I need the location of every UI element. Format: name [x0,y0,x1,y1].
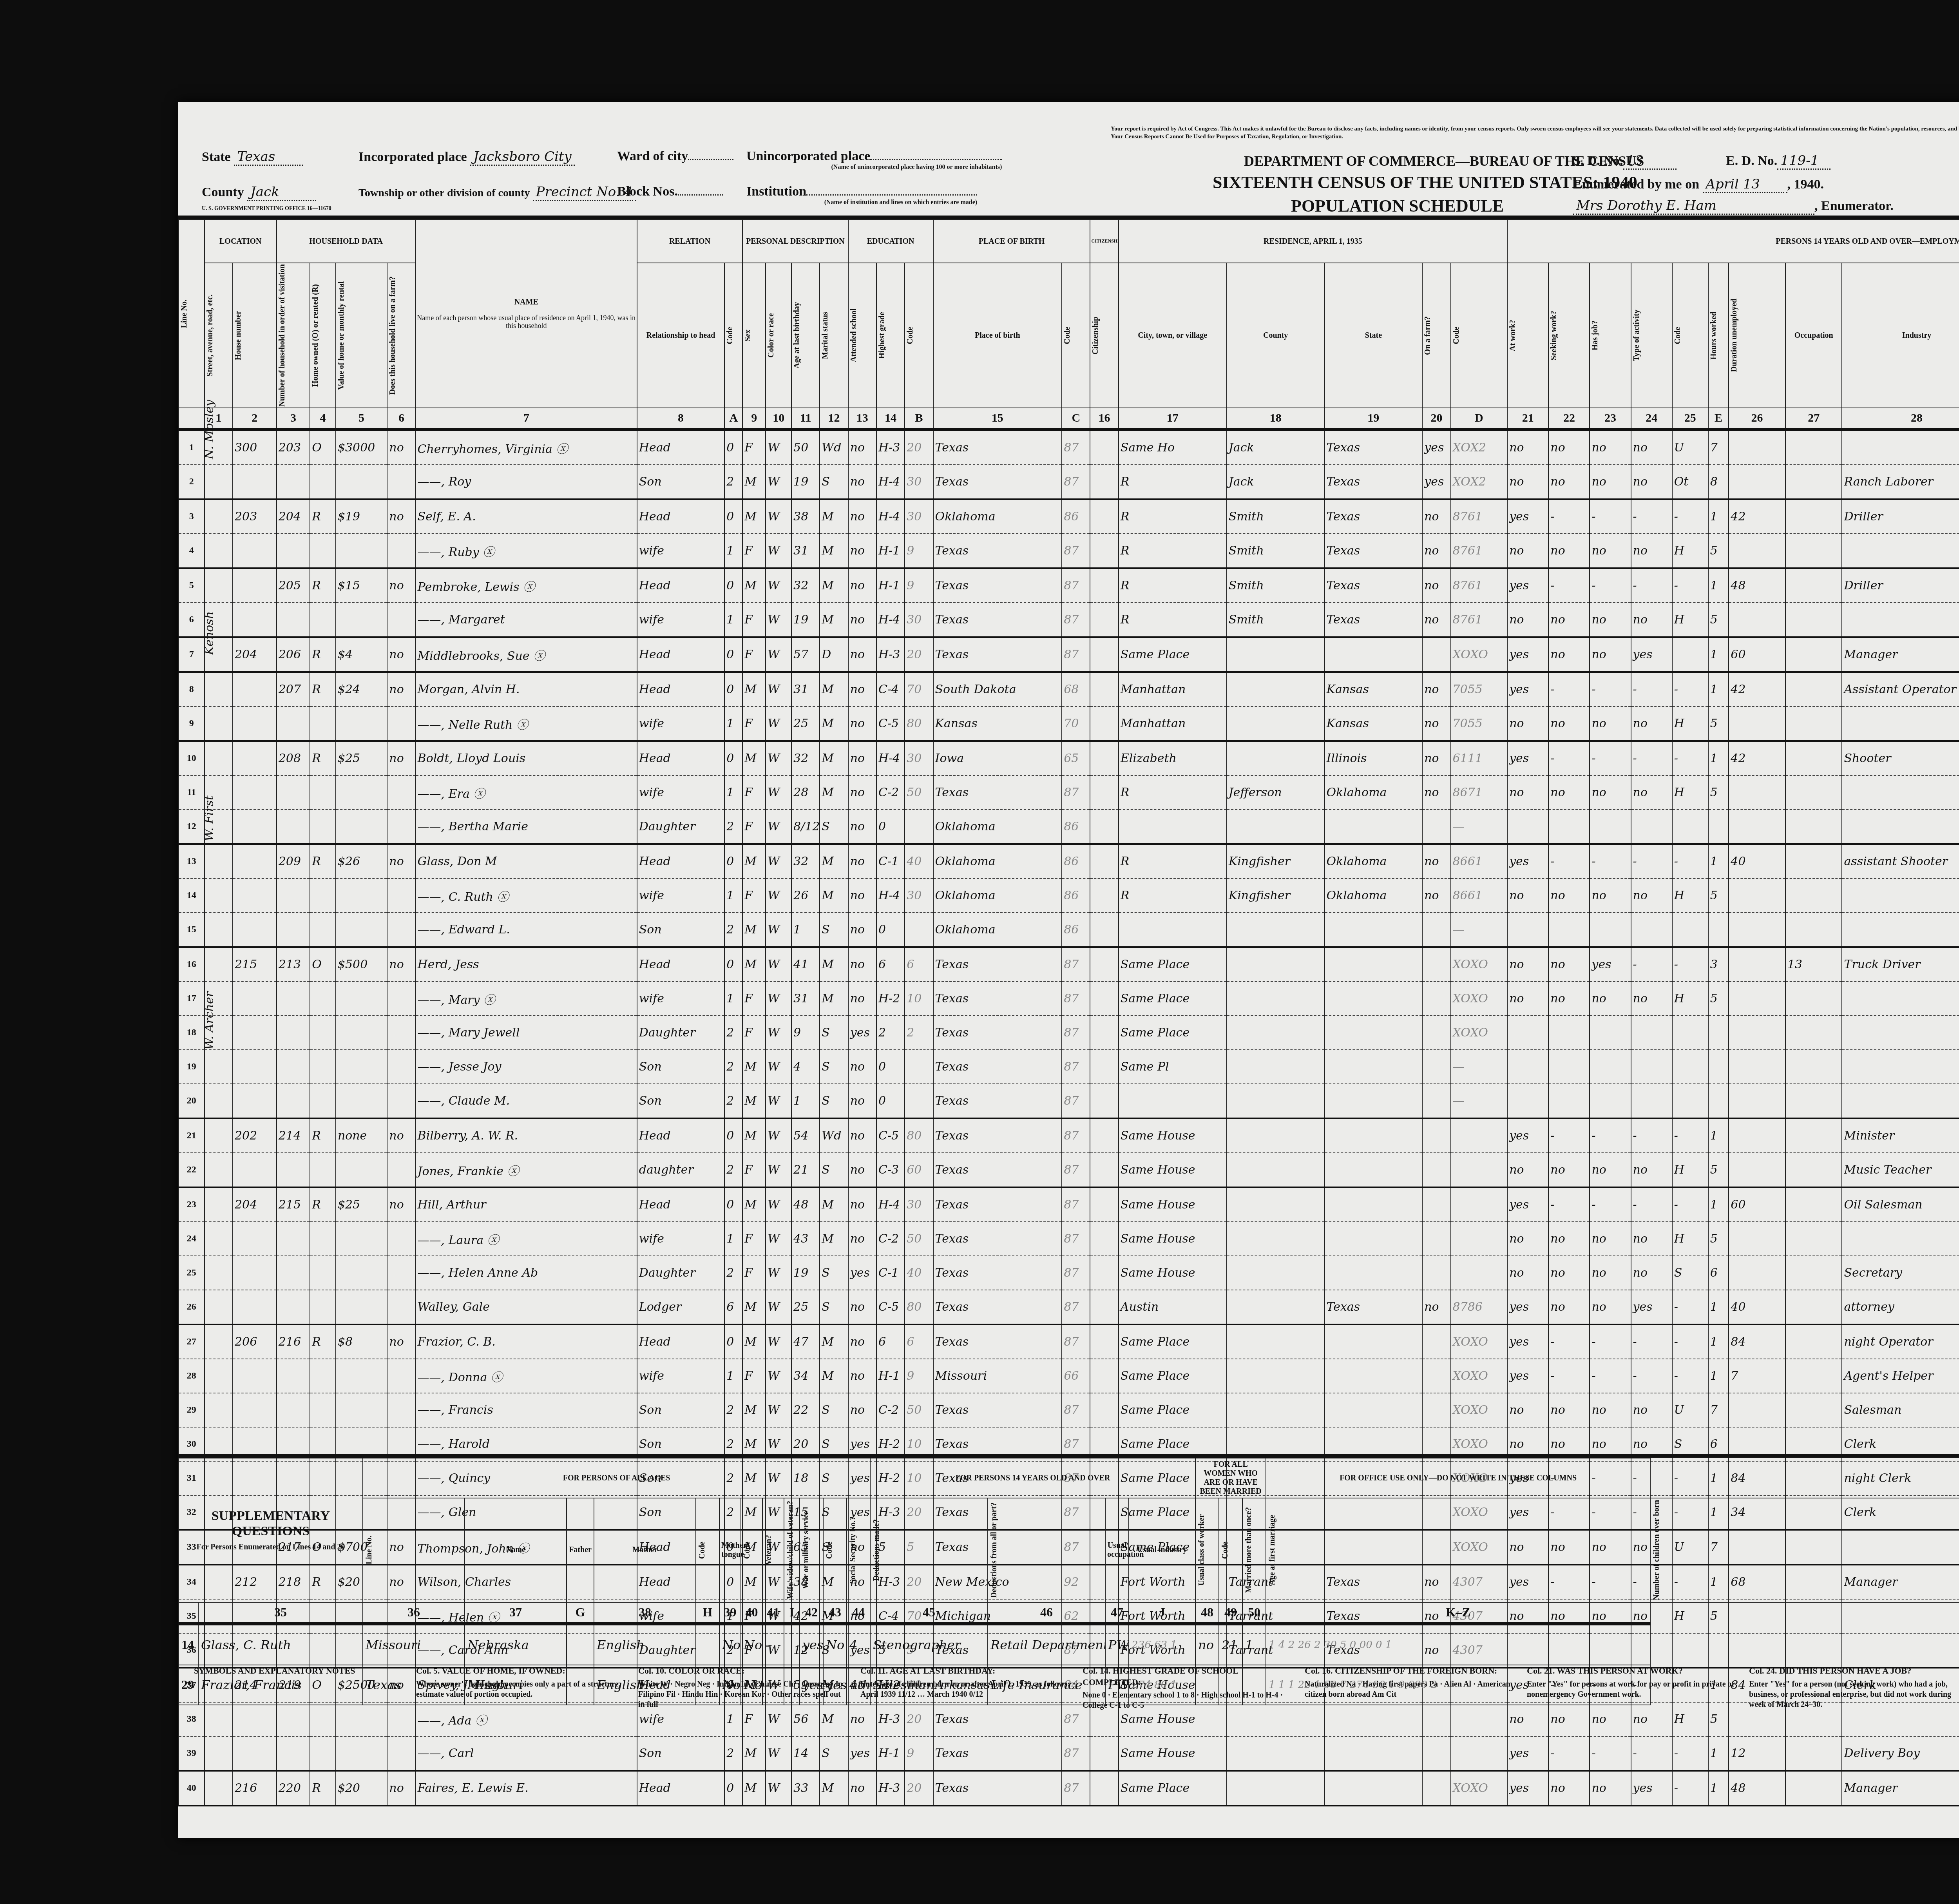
cell-res-state: Texas [1325,568,1423,603]
cell-age: 48 [791,1187,820,1222]
cell-sch: no [848,1359,876,1393]
cell-code-a: 0 [724,637,742,672]
cell-act: H [1672,775,1708,810]
cell-occ: night Operator [1842,1324,1959,1359]
cell-house [233,982,277,1016]
cell-house [233,465,277,499]
cell-house: 204 [233,637,277,672]
cell-code-d: XOXO [1451,982,1508,1016]
cell-hh [277,1290,310,1324]
cell-code-b: 9 [905,568,933,603]
cell-line: 25 [179,1256,205,1290]
cell-mar: M [820,672,848,707]
note-title: Col. 16. CITIZENSHIP OF THE FOREIGN BORN… [1305,1665,1515,1677]
cell-hh [277,707,310,741]
cell-own [310,534,336,568]
cell-res-farm: yes [1422,465,1450,499]
cell-work: no [1507,707,1548,741]
cell-age: 41 [791,947,820,982]
cell-res-county: Jefferson [1227,775,1325,810]
sd-label: S. D. No. [1573,154,1623,168]
cell-rel: Head [637,672,724,707]
cell-occ: assistant Shooter [1842,844,1959,879]
unincorporated-value [870,159,1002,160]
cell-seek: - [1548,1359,1590,1393]
cell-line: 15 [179,913,205,947]
cell-street [205,1359,233,1393]
cell-hours [1729,775,1785,810]
cell-res-farm [1422,1359,1450,1393]
cell-code-c: 87 [1062,534,1090,568]
cell-farm: no [387,499,415,534]
cell-occ: Shooter [1842,741,1959,775]
col-header-label: Seeking work? [1550,311,1558,360]
cell-code-d: XOXO [1451,1393,1508,1427]
cell-hours: 40 [1729,1290,1785,1324]
table-row: 13209R$26noGlass, Don MHead0MW32MnoC-140… [179,844,1959,879]
cell-street [205,499,233,534]
supp-column-number: 43 [823,1602,847,1624]
cell-name: ——, Mary ⓧ [416,982,637,1016]
cell-name: ——, Jesse Joy [416,1050,637,1084]
cell-pub [1590,1016,1631,1050]
cell-unemp [1785,1118,1842,1153]
cell-house: 204 [233,1187,277,1222]
cell-hh: 208 [277,741,310,775]
table-row: 16215213O$500noHerd, JessHead0MW41Mno66T… [179,947,1959,982]
cell-unemp [1785,913,1842,947]
cell-race: W [766,982,791,1016]
cell-street [205,1050,233,1084]
cell-pub: no [1590,429,1631,465]
cell-grade: H-4 [876,499,905,534]
col-header-label: Number of household in order of visitati… [278,264,286,407]
cell-hh: 204 [277,499,310,534]
cell-res-county [1227,707,1325,741]
cell-act: - [1672,1187,1708,1222]
cell-age: 4 [791,1050,820,1084]
cell-mar: M [820,1359,848,1393]
col-header-label: State [1326,331,1421,340]
cell-value: $25 [336,741,387,775]
cell-sex: M [742,947,766,982]
cell-code-c: 87 [1062,1084,1090,1118]
column-number: 25 [1672,408,1708,429]
cell-grade: C-4 [876,672,905,707]
cell-act: - [1672,844,1708,879]
cell-sex: M [742,568,766,603]
cell-code-a: 0 [724,1118,742,1153]
cell-pub: no [1590,637,1631,672]
cell-value: $25 [336,1187,387,1222]
cell-code-c: 87 [1062,1324,1090,1359]
cell-seek: - [1548,1187,1590,1222]
cell-cit [1090,534,1118,568]
cell-sex: F [742,1222,766,1256]
cell-seek: no [1548,982,1590,1016]
cell-rel: wife [637,1222,724,1256]
cell-birth: Texas [933,1050,1062,1084]
cell-rel: wife [637,534,724,568]
col-header: Code [1451,263,1508,408]
cell-name: ——, Era ⓧ [416,775,637,810]
col-header: At work? [1507,263,1548,408]
cell-race: W [766,947,791,982]
cell-rel: Head [637,499,724,534]
column-number: B [905,408,933,429]
cell-farm: no [387,741,415,775]
supp-col-header: Usual class of worker [1195,1498,1219,1602]
cell-hours: 40 [1729,844,1785,879]
cell-res-farm [1422,1256,1450,1290]
cell-grade: 2 [876,1016,905,1050]
cell-sch: no [848,913,876,947]
column-number: 17 [1119,408,1227,429]
cell-res-city [1119,810,1227,844]
column-number: 2 [233,408,277,429]
cell-birth: Texas [933,1016,1062,1050]
cell-hours [1729,982,1785,1016]
cell-name: Cherryhomes, Virginia ⓧ [416,429,637,465]
cell-seek: no [1548,534,1590,568]
cell-sch: no [848,982,876,1016]
cell-code-d: XOX2 [1451,429,1508,465]
cell-sex: F [742,982,766,1016]
cell-code-b: 10 [905,982,933,1016]
cell-res-county [1227,913,1325,947]
supp-col-header: Wife/widow/child of veteran? [784,1498,800,1602]
cell-own [310,810,336,844]
column-number: D [1451,408,1508,429]
cell-line: 7 [179,637,205,672]
supp-cell-cls: PW [1105,1624,1129,1665]
cell-farm: no [387,1187,415,1222]
cell-work: no [1507,465,1548,499]
cell-code-b: 80 [905,1290,933,1324]
cell-mar: D [820,637,848,672]
block-value [678,194,723,196]
cell-name: Morgan, Alvin H. [416,672,637,707]
supp-cell-war: - [762,1624,784,1665]
cell-code-e: 5 [1708,1153,1729,1187]
cell-rel: wife [637,707,724,741]
cell-value: $26 [336,844,387,879]
cell-job: - [1631,947,1672,982]
supp-col-header: Deductions from all or part? [988,1498,1105,1602]
cell-cit [1090,1016,1118,1050]
cell-mar: M [820,741,848,775]
note-block: Col. 11. AGE AT LAST BIRTHDAY:Enter age … [860,1665,1071,1822]
cell-age: 25 [791,707,820,741]
cell-occ: attorney [1842,1290,1959,1324]
enumerator-name: Mrs Dorothy E. Ham [1573,198,1814,215]
cell-sch: yes [848,1256,876,1290]
cell-code-b: 30 [905,741,933,775]
cell-code-a: 1 [724,1222,742,1256]
cell-job: yes [1631,1290,1672,1324]
cell-code-c: 87 [1062,982,1090,1016]
cell-unemp [1785,465,1842,499]
cell-work: yes [1507,568,1548,603]
cell-res-farm [1422,637,1450,672]
cell-own [310,465,336,499]
cell-rel: Head [637,637,724,672]
cell-grade: C-5 [876,1290,905,1324]
cell-sch: no [848,947,876,982]
cell-birth: Kansas [933,707,1062,741]
cell-work: yes [1507,1359,1548,1393]
column-number: 14 [876,408,905,429]
cell-line: 6 [179,603,205,637]
supp-column-number: 48 [1195,1602,1219,1624]
column-number: 15 [933,408,1062,429]
cell-res-county [1227,1153,1325,1187]
cell-job [1631,1084,1672,1118]
cell-cit [1090,1153,1118,1187]
supp-group-women: FOR ALL WOMEN WHO ARE OR HAVE BEEN MARRI… [1195,1458,1266,1498]
cell-house: 300 [233,429,277,465]
cell-sex: F [742,775,766,810]
incorporated-value: Jacksboro City [470,149,575,166]
cell-code-a: 0 [724,568,742,603]
table-row: 4——, Ruby ⓧwife1FW31MnoH-19Texas87RSmith… [179,534,1959,568]
cell-code-e: 3 [1708,947,1729,982]
unincorporated-note: (Name of unincorporated place having 100… [746,164,1002,171]
cell-birth: Oklahoma [933,913,1062,947]
cell-own [310,1084,336,1118]
cell-sch: no [848,741,876,775]
cell-grade: 0 [876,913,905,947]
cell-job: - [1631,1118,1672,1153]
cell-farm [387,534,415,568]
cell-name: Hill, Arthur [416,1187,637,1222]
cell-code-b: 30 [905,879,933,913]
cell-value: $3000 [336,429,387,465]
cell-code-d: 7055 [1451,707,1508,741]
sd-value: 13 [1623,153,1677,170]
cell-act: H [1672,603,1708,637]
cell-unemp [1785,672,1842,707]
cell-code-b: 20 [905,637,933,672]
cell-res-city: Same Place [1119,982,1227,1016]
cell-unemp [1785,1084,1842,1118]
col-line-no: Line No. [179,220,205,408]
cell-hours [1729,810,1785,844]
table-row: 11——, Era ⓧwife1FW28MnoC-250Texas87RJeff… [179,775,1959,810]
table-row: 29——, FrancisSon2MW22SnoC-250Texas87Same… [179,1393,1959,1427]
supp-header-label: Deductions made? [872,1519,881,1581]
col-header-label: Duration unemployed [1730,299,1738,372]
cell-age: 43 [791,1222,820,1256]
cell-unemp [1785,982,1842,1016]
cell-sex: M [742,1393,766,1427]
note-title: Col. 24. DID THIS PERSON HAVE A JOB? [1749,1665,1959,1677]
table-row: 14——, C. Ruth ⓧwife1FW26MnoH-430Oklahoma… [179,879,1959,913]
cell-line: 22 [179,1153,205,1187]
col-header: Has job? [1590,263,1631,408]
cell-unemp [1785,1153,1842,1187]
cell-job: - [1631,499,1672,534]
cell-sch: no [848,775,876,810]
cell-sex: F [742,1153,766,1187]
cell-birth: Oklahoma [933,844,1062,879]
cell-sex: F [742,707,766,741]
cell-line: 24 [179,1222,205,1256]
cell-act: Ot [1672,465,1708,499]
cell-value: $19 [336,499,387,534]
cell-sex: M [742,1187,766,1222]
cell-code-c: 87 [1062,568,1090,603]
cell-res-farm: no [1422,844,1450,879]
cell-name: ——, Laura ⓧ [416,1222,637,1256]
column-number: C [1062,408,1090,429]
col-header: Number of household in order of visitati… [277,263,310,408]
cell-age: 57 [791,637,820,672]
cell-res-city: Same Place [1119,637,1227,672]
cell-code-c: 87 [1062,429,1090,465]
cell-own [310,913,336,947]
cell-race: W [766,499,791,534]
cell-hours [1729,1118,1785,1153]
supp-header-label: Mother tongue [721,1541,739,1559]
cell-race: W [766,775,791,810]
cell-unemp [1785,775,1842,810]
cell-mar: M [820,947,848,982]
supp-col-header: Line No. [363,1498,465,1602]
supp-header-label: Code [698,1542,707,1559]
table-row: 2——, RoySon2MW19SnoH-430Texas87RJackTexa… [179,465,1959,499]
cell-hours [1729,913,1785,947]
cell-age: 19 [791,603,820,637]
supp-cell-office: 1 4 2 26 2 30 5 0 00 0 1 [1266,1624,1650,1665]
cell-job: - [1631,568,1672,603]
cell-work: no [1507,947,1548,982]
cell-cit [1090,1050,1118,1084]
cell-unemp [1785,844,1842,879]
supp-col-header: Code [823,1498,847,1602]
cell-seek: - [1548,1118,1590,1153]
cell-hours [1729,1084,1785,1118]
supp-col-header: Code [1219,1498,1242,1602]
cell-sch: no [848,1153,876,1187]
cell-age: 1 [791,1084,820,1118]
cell-code-e: 7 [1708,1393,1729,1427]
cell-code-d [1451,1153,1508,1187]
cell-race: W [766,568,791,603]
cell-own: R [310,499,336,534]
cell-res-city: R [1119,465,1227,499]
cell-house [233,568,277,603]
cell-cit [1090,982,1118,1016]
cell-farm: no [387,672,415,707]
cell-code-c: 87 [1062,1118,1090,1153]
cell-sex: M [742,741,766,775]
cell-act [1672,810,1708,844]
col-header: Age at last birthday [791,263,820,408]
cell-own [310,1256,336,1290]
cell-job: - [1631,1187,1672,1222]
cell-res-farm [1422,1016,1450,1050]
cell-own: R [310,637,336,672]
cell-name: ——, C. Ruth ⓧ [416,879,637,913]
cell-age: 32 [791,844,820,879]
cell-occ: Agent's Helper [1842,1359,1959,1393]
column-number: 10 [766,408,791,429]
cell-res-county: Kingfisher [1227,844,1325,879]
cell-sex: M [742,1290,766,1324]
cell-house [233,1153,277,1187]
cell-res-farm: no [1422,499,1450,534]
cell-age: 54 [791,1118,820,1153]
cell-street [205,1393,233,1427]
column-number-row: 12345678A91011121314B15C1617181920D21222… [179,408,1959,429]
cell-res-state [1325,810,1423,844]
cell-sch: no [848,534,876,568]
cell-sex: M [742,1084,766,1118]
col-header: State [1325,263,1423,408]
supp-group-office: FOR OFFICE USE ONLY—DO NOT WRITE IN THES… [1266,1458,1650,1498]
column-number: 20 [1422,408,1450,429]
cell-hh [277,913,310,947]
cell-rel: Head [637,741,724,775]
cell-birth: Texas [933,1324,1062,1359]
cell-code-c: 87 [1062,637,1090,672]
table-row: 5205R$15noPembroke, Lewis ⓧHead0MW32MnoH… [179,568,1959,603]
cell-hh: 214 [277,1118,310,1153]
table-row: 8207R$24noMorgan, Alvin H.Head0MW31MnoC-… [179,672,1959,707]
cell-code-a: 2 [724,1393,742,1427]
cell-code-a: 0 [724,844,742,879]
cell-grade: H-1 [876,568,905,603]
cell-code-e: 1 [1708,672,1729,707]
cell-farm [387,707,415,741]
cell-name: Walley, Gale [416,1290,637,1324]
cell-hours [1729,947,1785,982]
group-employment: PERSONS 14 YEARS OLD AND OVER—EMPLOYMENT… [1507,220,1959,263]
cell-farm [387,1153,415,1187]
cell-code-e: 1 [1708,741,1729,775]
supp-column-number: I [784,1602,800,1624]
cell-unemp [1785,707,1842,741]
cell-farm [387,603,415,637]
cell-work: no [1507,1393,1548,1427]
cell-grade: C-5 [876,707,905,741]
cell-farm [387,1084,415,1118]
cell-sch: no [848,844,876,879]
col-header-label: Attended school [849,308,858,362]
cell-line: 5 [179,568,205,603]
cell-farm: no [387,1324,415,1359]
cell-birth: Texas [933,1393,1062,1427]
cell-occ: Minister [1842,1118,1959,1153]
cell-own [310,982,336,1016]
note-block: Col. 24. DID THIS PERSON HAVE A JOB?Ente… [1749,1665,1959,1822]
cell-seek: - [1548,844,1590,879]
ed-field: E. D. No.119-1 [1726,153,1830,170]
cell-res-state: Kansas [1325,672,1423,707]
cell-unemp [1785,1016,1842,1050]
supp-cell-name: Glass, C. Ruth [198,1624,363,1665]
column-number: 18 [1227,408,1325,429]
cell-sex: M [742,1050,766,1084]
supp-group-all-ages: FOR PERSONS OF ALL AGES [363,1458,870,1498]
cell-occ [1842,879,1959,913]
cell-pub: - [1590,499,1631,534]
cell-line: 21 [179,1118,205,1153]
cell-unemp [1785,810,1842,844]
cell-pub: no [1590,1393,1631,1427]
cell-birth: Texas [933,568,1062,603]
